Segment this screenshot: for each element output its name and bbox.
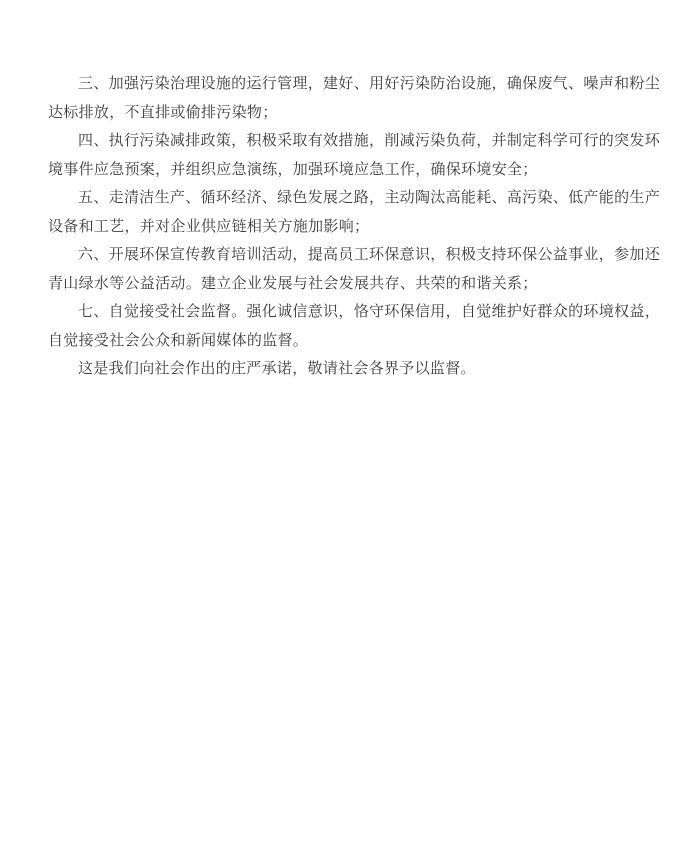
paragraph-closing: 这是我们向社会作出的庄严承诺，敬请社会各界予以监督。 <box>48 355 660 384</box>
document-body: 三、加强污染治理设施的运行管理，建好、用好污染防治设施，确保废气、噪声和粉尘达标… <box>48 70 660 384</box>
paragraph-item-3: 三、加强污染治理设施的运行管理，建好、用好污染防治设施，确保废气、噪声和粉尘达标… <box>48 70 660 127</box>
paragraph-item-6: 六、开展环保宣传教育培训活动，提高员工环保意识，积极支持环保公益事业，参加还青山… <box>48 241 660 298</box>
paragraph-item-7: 七、自觉接受社会监督。强化诚信意识，恪守环保信用，自觉维护好群众的环境权益，自觉… <box>48 298 660 355</box>
paragraph-item-4: 四、执行污染减排政策，积极采取有效措施，削减污染负荷，并制定科学可行的突发环境事… <box>48 127 660 184</box>
document-page: 三、加强污染治理设施的运行管理，建好、用好污染防治设施，确保废气、噪声和粉尘达标… <box>0 0 698 861</box>
paragraph-item-5: 五、走清洁生产、循环经济、绿色发展之路，主动陶汰高能耗、高污染、低产能的生产设备… <box>48 184 660 241</box>
